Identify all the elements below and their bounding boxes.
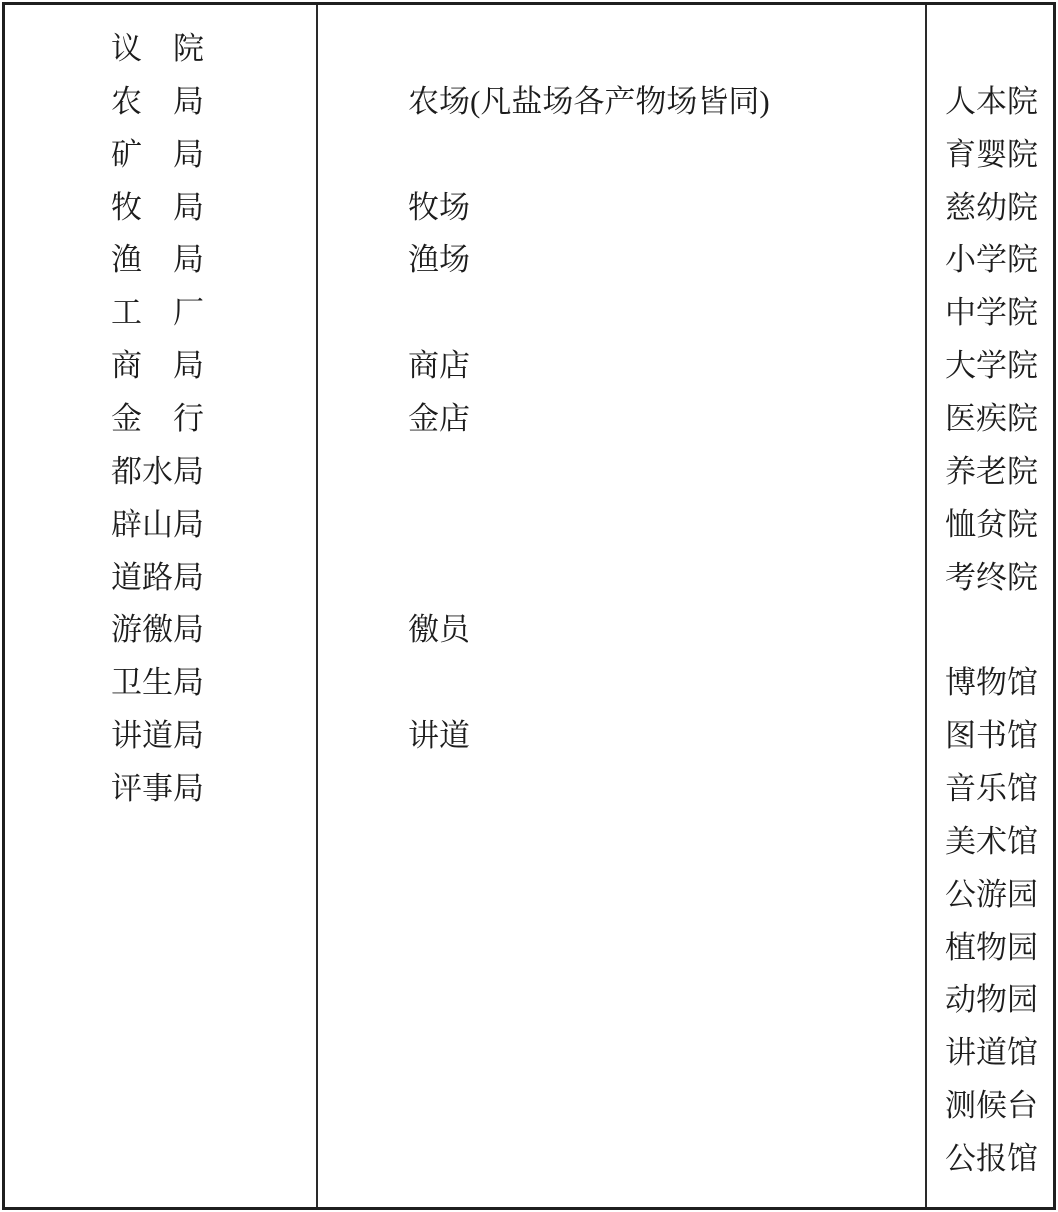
table-cell-c3-row3: 育婴院 (927, 128, 1053, 181)
table-cell-c1-row5: 渔 局 (5, 233, 316, 286)
table-cell-c1-row17 (5, 868, 316, 921)
table-cell-c3-row1 (927, 22, 1053, 75)
table-cell-c1-row12: 游徼局 (5, 603, 316, 656)
table-cell-c3-row16: 美术馆 (927, 815, 1053, 868)
table-cell-c2-row2: 农场(凡盐场各产物场皆同) (318, 75, 925, 128)
column-bureaus: 议 院农 局矿 局牧 局渔 局工 厂商 局金 行都水局辟山局道路局游徼局卫生局讲… (5, 5, 318, 1207)
table: 议 院农 局矿 局牧 局渔 局工 厂商 局金 行都水局辟山局道路局游徼局卫生局讲… (2, 2, 1056, 1210)
table-cell-c2-row22 (318, 1132, 925, 1185)
table-cell-c3-row13: 博物馆 (927, 656, 1053, 709)
table-cell-c3-row10: 恤贫院 (927, 498, 1053, 551)
table-cell-c2-row10 (318, 498, 925, 551)
table-cell-c2-row18 (318, 921, 925, 974)
table-cell-c3-row11: 考终院 (927, 551, 1053, 604)
table-cell-c2-row20 (318, 1026, 925, 1079)
table-cell-c2-row9 (318, 445, 925, 498)
table-cell-c3-row5: 小学院 (927, 233, 1053, 286)
table-cell-c3-row12 (927, 603, 1053, 656)
table-cell-c1-row7: 商 局 (5, 339, 316, 392)
table-cell-c2-row17 (318, 868, 925, 921)
table-cell-c3-row17: 公游园 (927, 868, 1053, 921)
table-cell-c2-row11 (318, 551, 925, 604)
table-cell-c3-row18: 植物园 (927, 921, 1053, 974)
table-cell-c3-row20: 讲道馆 (927, 1026, 1053, 1079)
table-cell-c3-row14: 图书馆 (927, 709, 1053, 762)
table-cell-c2-row1 (318, 22, 925, 75)
table-cell-c2-row16 (318, 815, 925, 868)
table-cell-c2-row19 (318, 973, 925, 1026)
table-cell-c1-row2: 农 局 (5, 75, 316, 128)
table-cell-c2-row21 (318, 1079, 925, 1132)
table-cell-c1-row14: 讲道局 (5, 709, 316, 762)
table-cell-c3-row6: 中学院 (927, 286, 1053, 339)
column-institutions: 人本院育婴院慈幼院小学院中学院大学院医疾院养老院恤贫院考终院博物馆图书馆音乐馆美… (927, 5, 1053, 1207)
table-cell-c1-row21 (5, 1079, 316, 1132)
column-field-establishments: 农场(凡盐场各产物场皆同)牧场渔场商店金店徼员讲道 (318, 5, 927, 1207)
table-cell-c2-row8: 金店 (318, 392, 925, 445)
table-cell-c1-row20 (5, 1026, 316, 1079)
table-cell-c2-row12: 徼员 (318, 603, 925, 656)
table-cell-c1-row18 (5, 921, 316, 974)
table-cell-c1-row16 (5, 815, 316, 868)
table-cell-c3-row22: 公报馆 (927, 1132, 1053, 1185)
table-cell-c2-row5: 渔场 (318, 233, 925, 286)
table-cell-c3-row9: 养老院 (927, 445, 1053, 498)
table-cell-c3-row15: 音乐馆 (927, 762, 1053, 815)
table-cell-c1-row1: 议 院 (5, 22, 316, 75)
table-cell-c2-row4: 牧场 (318, 181, 925, 234)
table-cell-c2-row7: 商店 (318, 339, 925, 392)
table-cell-c1-row8: 金 行 (5, 392, 316, 445)
table-cell-c1-row10: 辟山局 (5, 498, 316, 551)
table-cell-c3-row7: 大学院 (927, 339, 1053, 392)
table-cell-c3-row8: 医疾院 (927, 392, 1053, 445)
table-cell-c1-row13: 卫生局 (5, 656, 316, 709)
table-cell-c2-row13 (318, 656, 925, 709)
table-cell-c1-row19 (5, 973, 316, 1026)
table-cell-c1-row15: 评事局 (5, 762, 316, 815)
table-cell-c3-row19: 动物园 (927, 973, 1053, 1026)
table-cell-c2-row14: 讲道 (318, 709, 925, 762)
table-cell-c1-row6: 工 厂 (5, 286, 316, 339)
table-cell-c1-row3: 矿 局 (5, 128, 316, 181)
table-cell-c3-row21: 测候台 (927, 1079, 1053, 1132)
table-cell-c1-row22 (5, 1132, 316, 1185)
table-cell-c2-row15 (318, 762, 925, 815)
table-cell-c1-row11: 道路局 (5, 551, 316, 604)
scanned-page: 议 院农 局矿 局牧 局渔 局工 厂商 局金 行都水局辟山局道路局游徼局卫生局讲… (0, 0, 1058, 1212)
table-cell-c1-row9: 都水局 (5, 445, 316, 498)
table-cell-c2-row3 (318, 128, 925, 181)
table-cell-c1-row4: 牧 局 (5, 181, 316, 234)
table-cell-c2-row6 (318, 286, 925, 339)
table-cell-c3-row4: 慈幼院 (927, 181, 1053, 234)
table-cell-c3-row2: 人本院 (927, 75, 1053, 128)
